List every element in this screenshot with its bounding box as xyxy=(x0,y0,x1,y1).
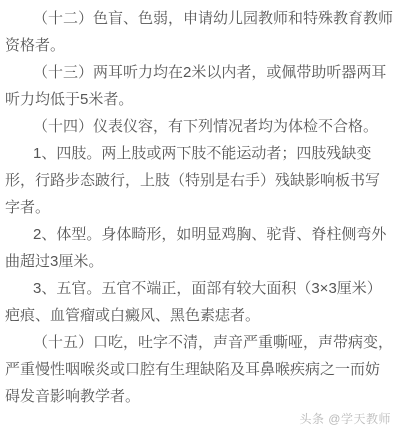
document-page: （十二）色盲、色弱，申请幼儿园教师和特殊教育教师资格者。 （十三）两耳听力均在2… xyxy=(0,0,399,433)
paragraph-sub-2-body-shape: 2、体型。身体畸形，如明显鸡胸、驼背、脊柱侧弯外曲超过3厘米。 xyxy=(5,221,394,275)
paragraph-item-15-speech: （十五）口吃，吐字不清，声音严重嘶哑，声带病变，严重慢性咽喉炎或口腔有生理缺陷及… xyxy=(5,329,394,410)
paragraph-item-14-appearance: （十四）仪表仪容，有下列情况者均为体检不合格。 xyxy=(5,113,394,140)
toutiao-watermark: 头条 @学天教师 xyxy=(299,412,391,426)
paragraph-sub-1-limbs: 1、四肢。两上肢或两下肢不能运动者；四肢残缺变形，行路步态跛行，上肢（特别是右手… xyxy=(5,140,394,221)
paragraph-item-13-hearing: （十三）两耳听力均在2米以内者，或佩带助听器两耳听力均低于5米者。 xyxy=(5,59,394,113)
paragraph-sub-3-facial-features: 3、五官。五官不端正，面部有较大面积（3×3厘米）疤痕、血管瘤或白癜风、黑色素痣… xyxy=(5,275,394,329)
paragraph-item-12-color-blindness: （十二）色盲、色弱，申请幼儿园教师和特殊教育教师资格者。 xyxy=(5,5,394,59)
